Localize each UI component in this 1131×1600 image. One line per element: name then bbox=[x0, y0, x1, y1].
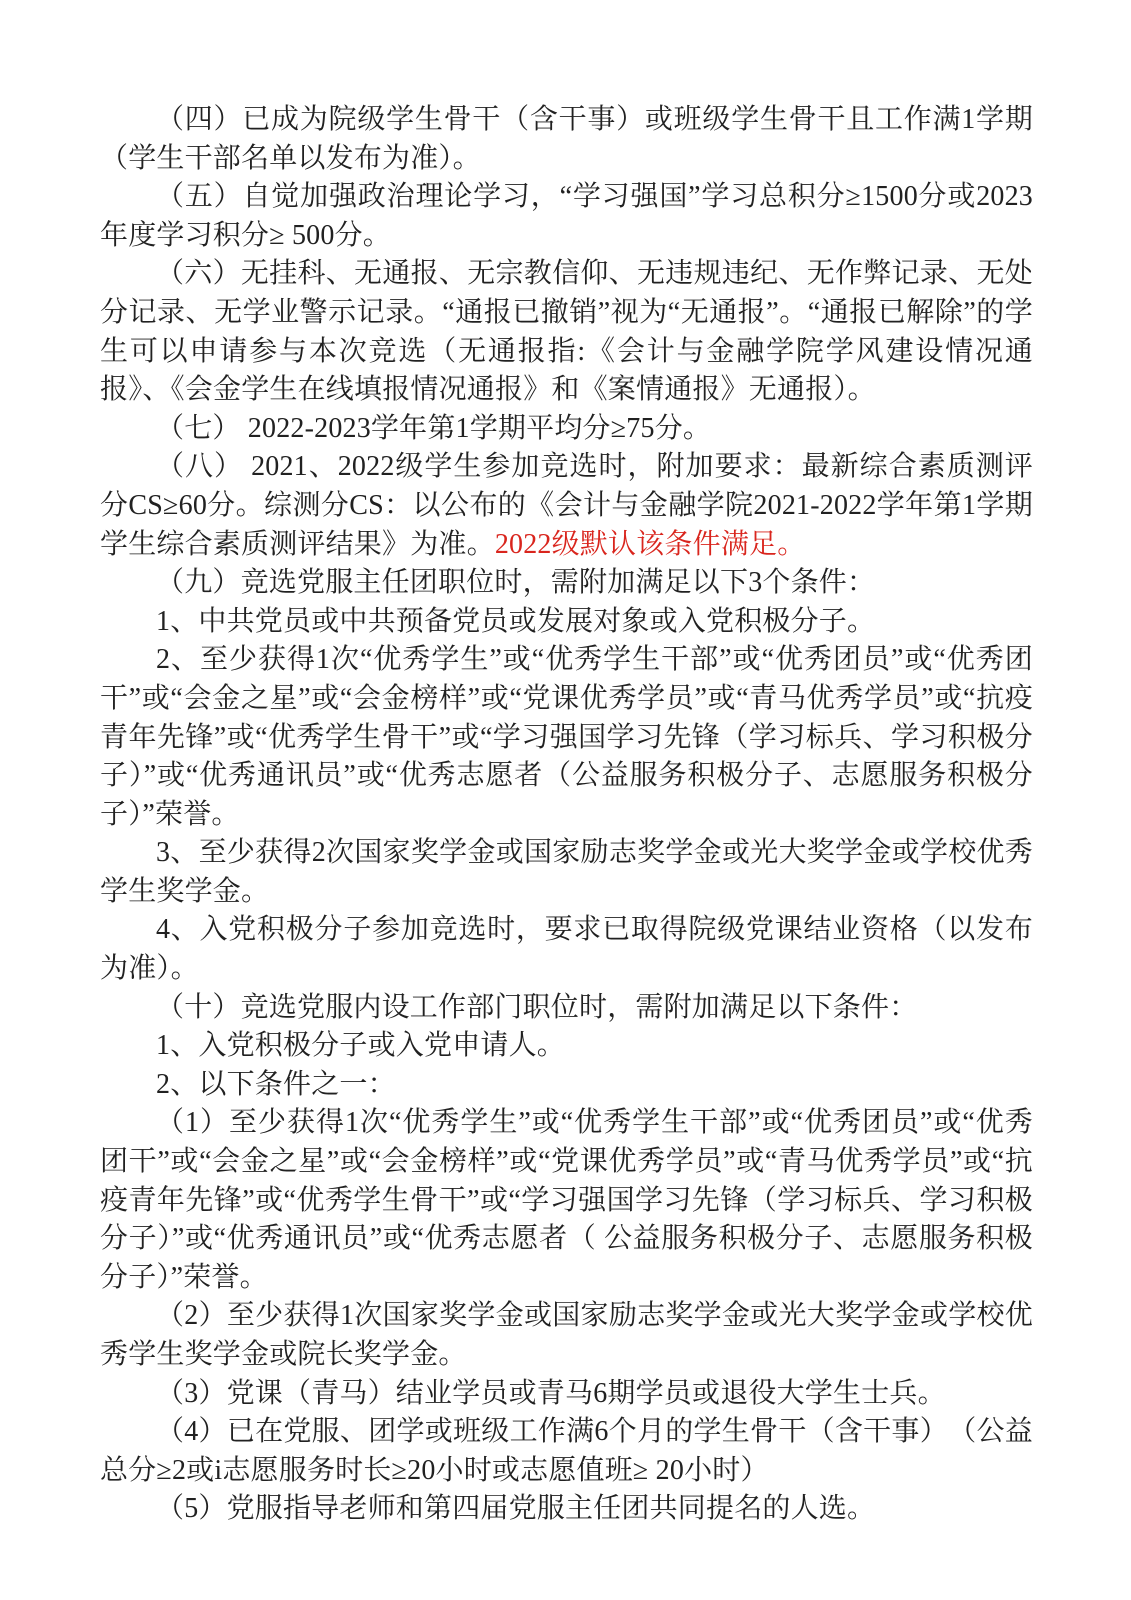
text-segment: 3、至少获得2次国家奖学金或国家励志奖学金或光大奖学金或学校优秀学生奖学金。 bbox=[100, 837, 1033, 907]
text-segment: （六）无挂科、无通报、无宗教信仰、无违规违纪、无作弊记录、无处分记录、无学业警示… bbox=[100, 258, 1033, 405]
text-segment: （4）已在党服、团学或班级工作满6个月的学生骨干（含干事） （公益总分≥2或i志… bbox=[100, 1416, 1033, 1486]
paragraph: （3）党课（青马）结业学员或青马6期学员或退役大学生士兵。 bbox=[100, 1375, 1033, 1414]
paragraph: （2）至少获得1次国家奖学金或国家励志奖学金或光大奖学金或学校优秀学生奖学金或院… bbox=[100, 1297, 1033, 1374]
paragraph: 4、入党积极分子参加竞选时，要求已取得院级党课结业资格（以发布为准）。 bbox=[100, 911, 1033, 988]
text-segment: （2）至少获得1次国家奖学金或国家励志奖学金或光大奖学金或学校优秀学生奖学金或院… bbox=[100, 1300, 1033, 1370]
paragraph: 1、中共党员或中共预备党员或发展对象或入党积极分子。 bbox=[100, 603, 1033, 642]
paragraph: （九）竞选党服主任团职位时，需附加满足以下3个条件： bbox=[100, 564, 1033, 603]
paragraph: （1）至少获得1次“优秀学生”或“优秀学生干部”或“优秀团员”或“优秀团干”或“… bbox=[100, 1104, 1033, 1297]
paragraph: （六）无挂科、无通报、无宗教信仰、无违规违纪、无作弊记录、无处分记录、无学业警示… bbox=[100, 255, 1033, 409]
paragraph: （4）已在党服、团学或班级工作满6个月的学生骨干（含干事） （公益总分≥2或i志… bbox=[100, 1413, 1033, 1490]
paragraph: （5）党服指导老师和第四届党服主任团共同提名的人选。 bbox=[100, 1490, 1033, 1529]
text-segment: 2、至少获得1次“优秀学生”或“优秀学生干部”或“优秀团员”或“优秀团干”或“会… bbox=[100, 644, 1033, 829]
text-segment: （七） 2022-2023学年第1学期平均分≥75分。 bbox=[156, 413, 711, 444]
document-page: （四）已成为院级学生骨干（含干事）或班级学生骨干且工作满1学期（学生干部名单以发… bbox=[0, 0, 1131, 1600]
text-segment: 1、中共党员或中共预备党员或发展对象或入党积极分子。 bbox=[156, 606, 875, 637]
paragraph: 3、至少获得2次国家奖学金或国家励志奖学金或光大奖学金或学校优秀学生奖学金。 bbox=[100, 834, 1033, 911]
text-segment: （十）竞选党服内设工作部门职位时，需附加满足以下条件： bbox=[156, 992, 917, 1023]
text-segment: （1）至少获得1次“优秀学生”或“优秀学生干部”或“优秀团员”或“优秀团干”或“… bbox=[100, 1107, 1033, 1292]
document-body: （四）已成为院级学生骨干（含干事）或班级学生骨干且工作满1学期（学生干部名单以发… bbox=[100, 101, 1033, 1529]
paragraph: （四）已成为院级学生骨干（含干事）或班级学生骨干且工作满1学期（学生干部名单以发… bbox=[100, 101, 1033, 178]
paragraph: （十）竞选党服内设工作部门职位时，需附加满足以下条件： bbox=[100, 989, 1033, 1028]
text-segment: 1、入党积极分子或入党申请人。 bbox=[156, 1030, 565, 1061]
paragraph: 2、以下条件之一： bbox=[100, 1066, 1033, 1105]
highlighted-text: 2022级默认该条件满足。 bbox=[495, 529, 806, 560]
text-segment: （四）已成为院级学生骨干（含干事）或班级学生骨干且工作满1学期（学生干部名单以发… bbox=[100, 104, 1033, 174]
paragraph: （七） 2022-2023学年第1学期平均分≥75分。 bbox=[100, 410, 1033, 449]
paragraph: 2、至少获得1次“优秀学生”或“优秀学生干部”或“优秀团员”或“优秀团干”或“会… bbox=[100, 641, 1033, 834]
text-segment: （九）竞选党服主任团职位时，需附加满足以下3个条件： bbox=[156, 567, 875, 598]
text-segment: （五）自觉加强政治理论学习，“学习强国”学习总积分≥1500分或2023年度学习… bbox=[100, 181, 1033, 251]
text-segment: （3）党课（青马）结业学员或青马6期学员或退役大学生士兵。 bbox=[156, 1378, 946, 1409]
text-segment: 4、入党积极分子参加竞选时，要求已取得院级党课结业资格（以发布为准）。 bbox=[100, 914, 1033, 984]
paragraph: （八） 2021、2022级学生参加竞选时，附加要求：最新综合素质测评分CS≥6… bbox=[100, 448, 1033, 564]
paragraph: 1、入党积极分子或入党申请人。 bbox=[100, 1027, 1033, 1066]
paragraph: （五）自觉加强政治理论学习，“学习强国”学习总积分≥1500分或2023年度学习… bbox=[100, 178, 1033, 255]
text-segment: 2、以下条件之一： bbox=[156, 1069, 396, 1100]
text-segment: （5）党服指导老师和第四届党服主任团共同提名的人选。 bbox=[156, 1493, 875, 1524]
